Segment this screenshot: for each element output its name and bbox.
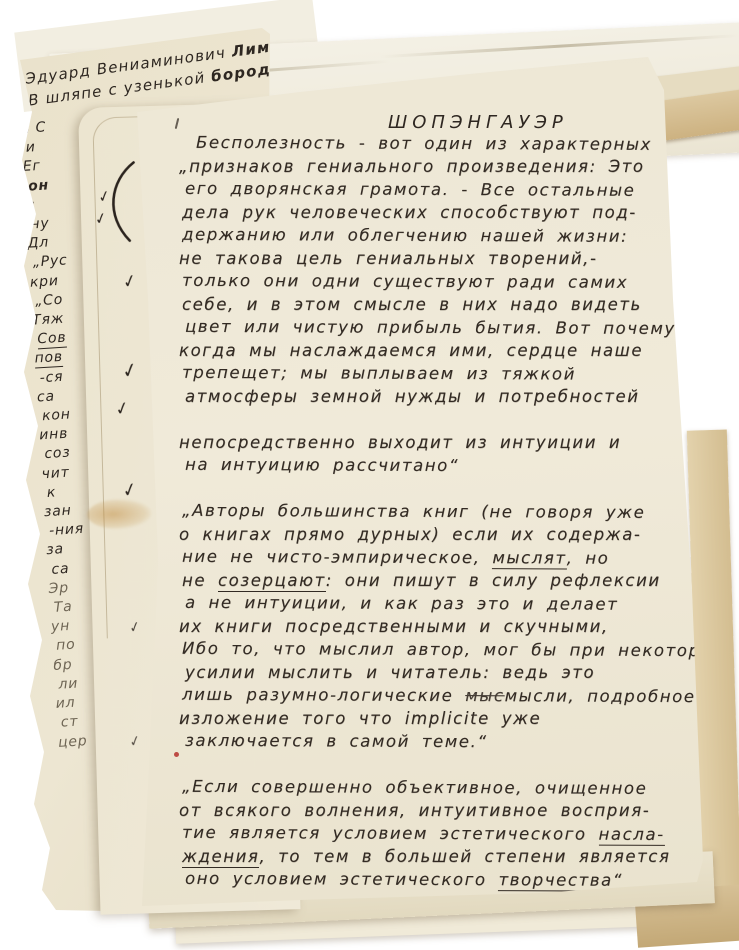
margin-fragment: пов [34, 348, 74, 370]
margin-fragment: -ся [39, 367, 75, 388]
manuscript-line: непосредственно выходит из интуиции и [179, 431, 726, 454]
main-manuscript-page: ШОПЭНГАУЭР Бесполезность - вот один из х… [100, 30, 739, 945]
margin-fragment: са [36, 386, 76, 408]
manuscript-line: держанию или облегчению нашей жизни: [182, 223, 726, 248]
margin-fragment: ил [55, 693, 95, 715]
margin-fragment: инв [39, 424, 79, 446]
manuscript-line: не такова цель гениальных творений,- [179, 247, 726, 270]
checkmark-icon: ✓ [121, 478, 140, 503]
manuscript-line: не созерцают: они пишут в силу рефлексии [182, 569, 726, 592]
manuscript-line: а не интуиции, и как раз это и делает [185, 591, 726, 616]
margin-fragment: за [46, 539, 86, 561]
margin-fragment: ст [60, 712, 96, 733]
manuscript-line: когда мы наслаждаемся ими, сердце наше [179, 339, 726, 362]
margin-fragment: цер [58, 731, 98, 753]
margin-fragment: „Со [35, 290, 71, 311]
margin-fragment: бр [53, 654, 93, 676]
checkmark-icon: ✓ [113, 396, 131, 420]
manuscript-photo: Эдуард Вениаминович ЛимоновВ шляпе с узе… [0, 0, 739, 950]
margin-fragment: ну [30, 213, 66, 234]
manuscript-line: „Если совершенно объективное, очищенное [182, 775, 726, 800]
margin-fragment: Эр [48, 578, 88, 600]
margin-fragment: Сов [37, 328, 73, 349]
margin-fragment: -ния [49, 520, 85, 541]
margin-fragment: „Рус [32, 252, 68, 273]
manuscript-line: трепещет; мы выплываем из тяжкой [182, 361, 726, 386]
checkmark-icon: ✓ [97, 187, 112, 207]
manuscript-line [182, 477, 726, 500]
manuscript-line: ждения, то тем в большей степени являетс… [182, 845, 726, 868]
page-title: ШОПЭНГАУЭР [388, 112, 568, 133]
margin-fragment: Та [53, 597, 89, 618]
manuscript-line: заключается в самой теме.“ [185, 729, 726, 754]
margin-fragment: Тяж [32, 309, 72, 331]
margin-fragment: са [51, 558, 87, 579]
manuscript-line: атмосферы земной нужды и потребностей [185, 385, 726, 408]
manuscript-line: усилии мыслить и читатель: ведь это [185, 661, 726, 684]
red-dot-mark [174, 752, 179, 757]
margin-fragment: кри [29, 271, 69, 293]
manuscript-line: дела рук человеческих способствуют под- [182, 201, 726, 224]
manuscript-line: Ибо то, что мыслил автор, мог бы при нек… [182, 637, 726, 662]
manuscript-line: их книги посредственными и скучными, [179, 615, 726, 638]
margin-fragment: Ег [22, 156, 62, 178]
manuscript-line: только они одни существуют ради самих [182, 269, 726, 294]
manuscript-line: от всякого волнения, интуитивное восприя… [179, 799, 726, 822]
manuscript-line [182, 753, 726, 776]
checkmark-icon: ✓ [120, 358, 140, 385]
checkmark-icon: ✓ [93, 209, 108, 229]
manuscript-line: изложение того что implicite уже [179, 707, 726, 730]
manuscript-line: цвет или чистую прибыль бытия. Вот почем… [185, 315, 726, 340]
checkmark-icon: ✓ [128, 619, 142, 638]
pen-tick-mark [175, 118, 180, 129]
checkmark-icon: ✓ [121, 269, 139, 293]
page-text: Бесполезность - вот один из характерных„… [182, 132, 726, 891]
margin-fragment: он [28, 175, 64, 196]
margin-fragment: по [56, 635, 92, 656]
margin-fragment: ун [50, 616, 90, 638]
margin-fragment: и [25, 194, 65, 216]
manuscript-line: его дворянская грамота. - Все остальные [185, 177, 726, 202]
margin-fragment: кон [42, 405, 78, 426]
manuscript-line [182, 407, 726, 432]
manuscript-line: лишь разумно-логические мысмысли, подроб… [182, 683, 726, 708]
margin-fragment: зан [43, 501, 83, 523]
manuscript-line: на интуицию рассчитано“ [185, 453, 726, 478]
margin-fragment: соз [44, 443, 80, 464]
manuscript-line: „признаков гениального произведения: Это [179, 155, 726, 178]
manuscript-line: Бесполезность - вот один из характерных [196, 131, 726, 156]
margin-fragment: ли [58, 673, 94, 694]
paper-crease-line [380, 34, 739, 58]
margin-fragment: Дл [27, 233, 67, 255]
margin-fragment: чит [41, 463, 81, 485]
manuscript-line: тие является условием эстетического насл… [182, 821, 726, 846]
manuscript-line: „Авторы большинства книг (не говоря уже [182, 499, 726, 524]
checkmark-icon: ✓ [128, 733, 142, 752]
manuscript-line: себе, и в этом смысле в них надо видеть [182, 293, 726, 316]
margin-fragment: к [46, 482, 82, 503]
manuscript-line: о книгах прямо дурных) если их содержа- [179, 523, 726, 546]
margin-fragment: и [25, 137, 61, 158]
manuscript-line: ние не чисто-эмпирическое, мыслят, но [182, 545, 726, 570]
margin-fragment: и С [20, 118, 60, 140]
